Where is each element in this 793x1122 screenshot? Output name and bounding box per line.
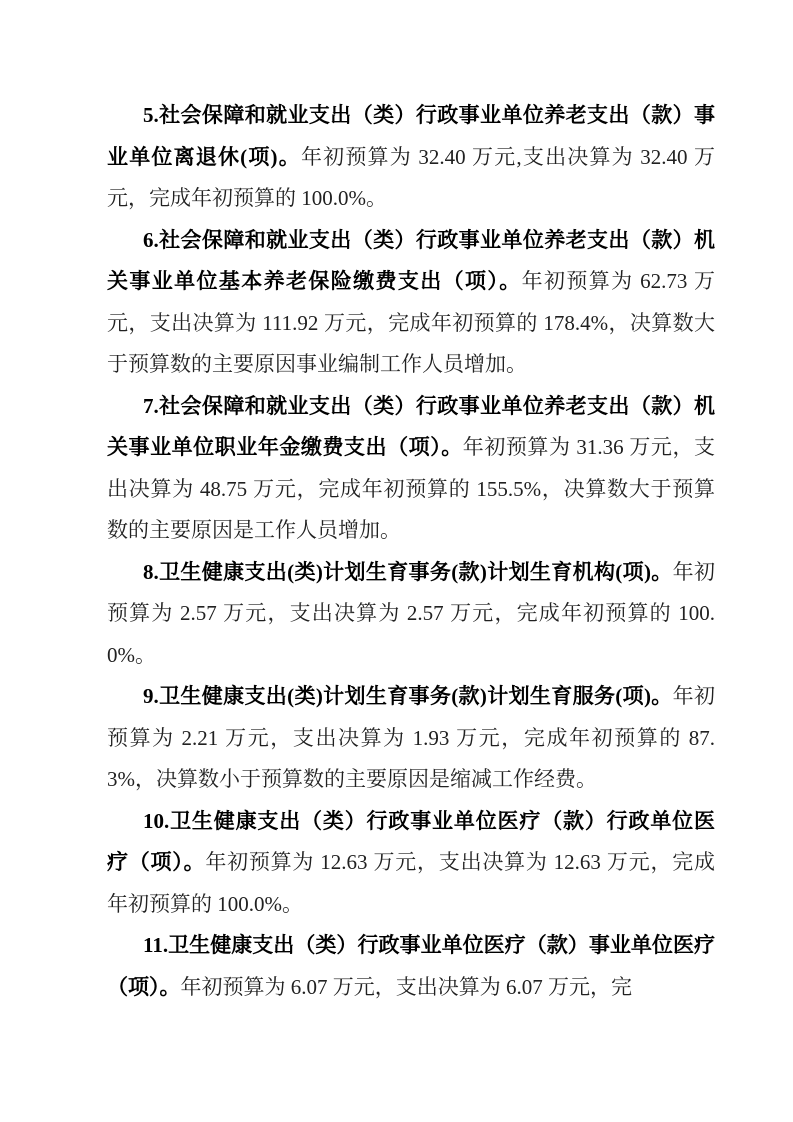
document-page: 5.社会保障和就业支出（类）行政事业单位养老支出（款）事业单位离退休(项)。年初… [0, 0, 793, 1122]
budget-item-paragraph-11: 11.卫生健康支出（类）行政事业单位医疗（款）事业单位医疗（项）。年初预算为 6… [107, 925, 715, 1008]
budget-item-paragraph-6: 6.社会保障和就业支出（类）行政事业单位养老支出（款）机关事业单位基本养老保险缴… [107, 220, 715, 386]
budget-item-paragraph-10: 10.卫生健康支出（类）行政事业单位医疗（款）行政单位医疗（项）。年初预算为 1… [107, 801, 715, 926]
budget-item-heading: 8.卫生健康支出(类)计划生育事务(款)计划生育机构(项)。 [143, 560, 673, 584]
budget-item-paragraph-8: 8.卫生健康支出(类)计划生育事务(款)计划生育机构(项)。年初预算为 2.57… [107, 552, 715, 677]
budget-item-detail: 年初预算为 6.07 万元，支出决算为 6.07 万元，完 [181, 975, 633, 999]
document-body: 5.社会保障和就业支出（类）行政事业单位养老支出（款）事业单位离退休(项)。年初… [107, 95, 715, 1008]
budget-item-heading: 9.卫生健康支出(类)计划生育事务(款)计划生育服务(项)。 [143, 684, 673, 708]
budget-item-paragraph-7: 7.社会保障和就业支出（类）行政事业单位养老支出（款）机关事业单位职业年金缴费支… [107, 386, 715, 552]
budget-item-paragraph-5: 5.社会保障和就业支出（类）行政事业单位养老支出（款）事业单位离退休(项)。年初… [107, 95, 715, 220]
budget-item-paragraph-9: 9.卫生健康支出(类)计划生育事务(款)计划生育服务(项)。年初预算为 2.21… [107, 676, 715, 801]
